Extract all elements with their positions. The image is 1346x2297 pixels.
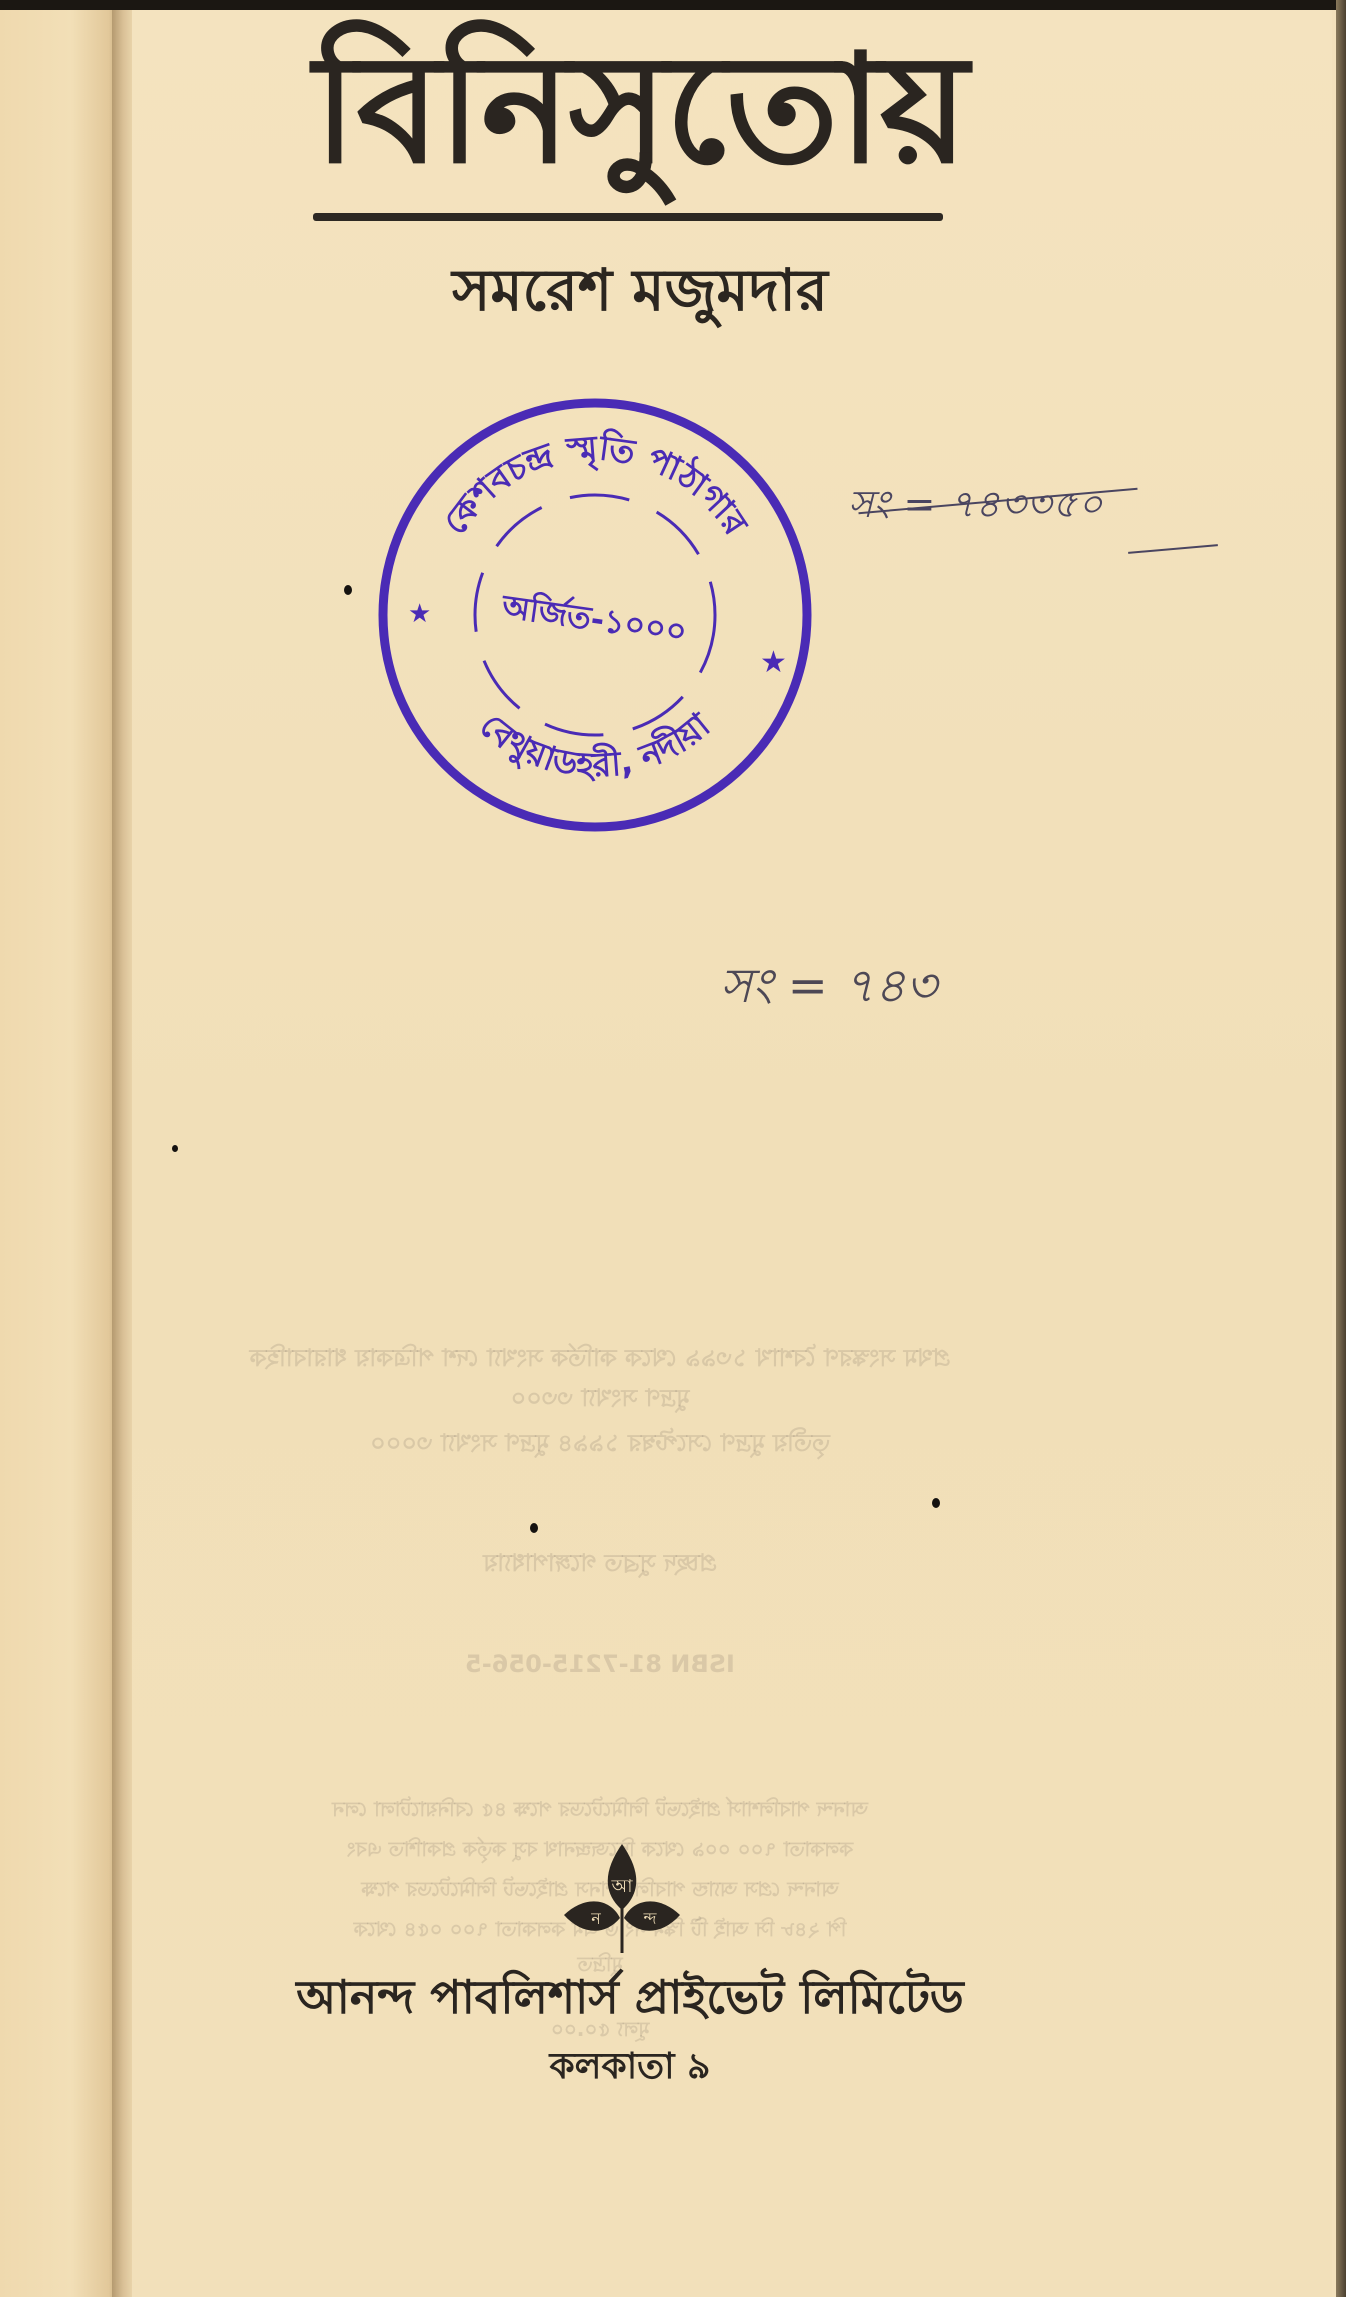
three-leaf-logo-icon: আ ন ন্দ xyxy=(560,1840,684,1955)
publisher-name: আনন্দ পাবলিশার্স প্রাইভেট লিমিটেড xyxy=(200,1965,1060,2029)
bleed-through-line: মুদ্রণ সংখ্যা ৩৩০০ xyxy=(100,1380,1100,1420)
paper-speck xyxy=(932,1498,940,1508)
title-rule xyxy=(313,213,943,221)
bleed-through-line: তৃতীয় মুদ্রণ সেপ্টেম্বর ১৯৯৪ মুদ্রণ সংখ… xyxy=(100,1425,1100,1465)
svg-text:কেশবচন্দ্র স্মৃতি পাঠাগার: কেশবচন্দ্র স্মৃতি পাঠাগার xyxy=(435,427,756,543)
scan-top-edge xyxy=(0,0,1346,10)
svg-text:অর্জিত-১০০০: অর্জিত-১০০০ xyxy=(499,586,690,651)
paper-speck xyxy=(344,585,352,595)
bleed-through-line: ISBN 81-7215-056-5 xyxy=(100,1650,1100,1678)
publisher-city: কলকাতা ৯ xyxy=(400,2040,860,2094)
library-stamp: কেশবচন্দ্র স্মৃতি পাঠাগার বেথুয়াডহরী, ন… xyxy=(370,390,820,840)
svg-text:★: ★ xyxy=(760,645,787,680)
book-author: সমরেশ মজুমদার xyxy=(300,250,980,330)
svg-text:★: ★ xyxy=(408,599,431,629)
bleed-through-line: প্রথম সংস্করণ বৈশাখ ১৩৯৯ থেকে কার্তিক সং… xyxy=(100,1340,1100,1380)
bleed-through-line: আনন্দ পাবলিশার্স প্রাইভেট লিমিটেডের পক্ষ… xyxy=(100,1795,1100,1828)
paper-speck xyxy=(530,1523,538,1533)
scan-right-edge xyxy=(1336,0,1346,2297)
bleed-through-line: প্রচ্ছদ সুব্রত গঙ্গোপাধ্যায় xyxy=(100,1545,1100,1585)
stamp-icon: কেশবচন্দ্র স্মৃতি পাঠাগার বেথুয়াডহরী, ন… xyxy=(370,390,820,840)
paper-speck xyxy=(172,1145,178,1152)
handwritten-note-accession: সং = ৭৪৩ xyxy=(720,950,937,1029)
svg-text:আ: আ xyxy=(611,1876,634,1897)
handwritten-note-struck: সং = ৭৪৩৩৫০ xyxy=(838,465,1218,575)
underline-mark xyxy=(1128,544,1218,554)
svg-text:ন্দ: ন্দ xyxy=(643,1909,658,1928)
svg-text:ন: ন xyxy=(590,1909,601,1928)
book-title: বিনিসুতোয় xyxy=(300,20,980,200)
publisher-logo: আ ন ন্দ xyxy=(560,1840,684,1955)
svg-text:বেথুয়াডহরী, নদীয়া: বেথুয়াডহরী, নদীয়া xyxy=(472,705,719,786)
scanned-page: বিনিসুতোয় সমরেশ মজুমদার কেশবচন্দ্র স্মৃ… xyxy=(0,0,1346,2297)
